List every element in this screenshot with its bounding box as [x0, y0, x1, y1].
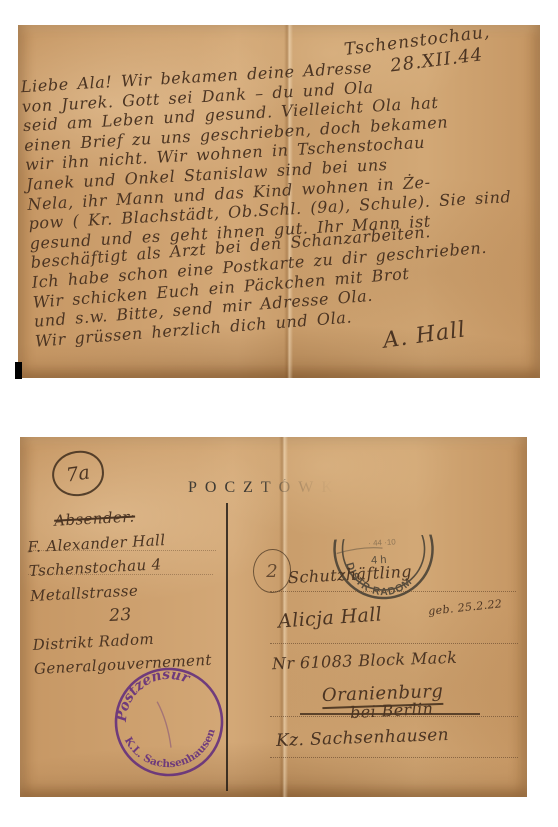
- sender-ruled-line: [28, 574, 213, 575]
- censor-stamp-bottom-text: K.L. Sachsenhausen: [121, 709, 226, 783]
- address-ruled-line: [270, 757, 518, 758]
- pocztowka-printed-header: POCZTÓWKA: [188, 479, 360, 497]
- censor-stamp-mark: [156, 701, 173, 748]
- postcard-message-side: Tschenstochau, 28.XII.44 Liebe Ala! Wir …: [18, 25, 540, 378]
- postal-zone-circle: 7a: [49, 448, 107, 500]
- postcard-address-side: 7a POCZTÓWKA Absender: F. Alexander Hall…: [20, 437, 527, 797]
- svg-text:K.L. Sachsenhausen: K.L. Sachsenhausen: [121, 709, 226, 783]
- postmark-date-text: · 44 ·10: [368, 537, 397, 547]
- sender-ruled-line: [28, 550, 216, 551]
- transit-number-text: 2: [266, 561, 277, 582]
- address-recipient-name: Alicja Hall: [277, 603, 383, 632]
- postal-zone-text: 7a: [65, 461, 91, 486]
- address-ruled-line: [270, 591, 516, 592]
- address-prisoner-number: Nr 61083 Block Mack: [272, 648, 458, 673]
- address-ruled-line: [270, 643, 518, 644]
- transit-number-circle: 2: [253, 549, 291, 593]
- address-region: bei Berlin: [350, 699, 434, 722]
- handwritten-message: Liebe Ala! Wir bekamen deine Adresse von…: [20, 49, 540, 351]
- scan-artifact-mark: [15, 362, 22, 379]
- address-camp: Kz. Sachsenhausen: [276, 725, 450, 751]
